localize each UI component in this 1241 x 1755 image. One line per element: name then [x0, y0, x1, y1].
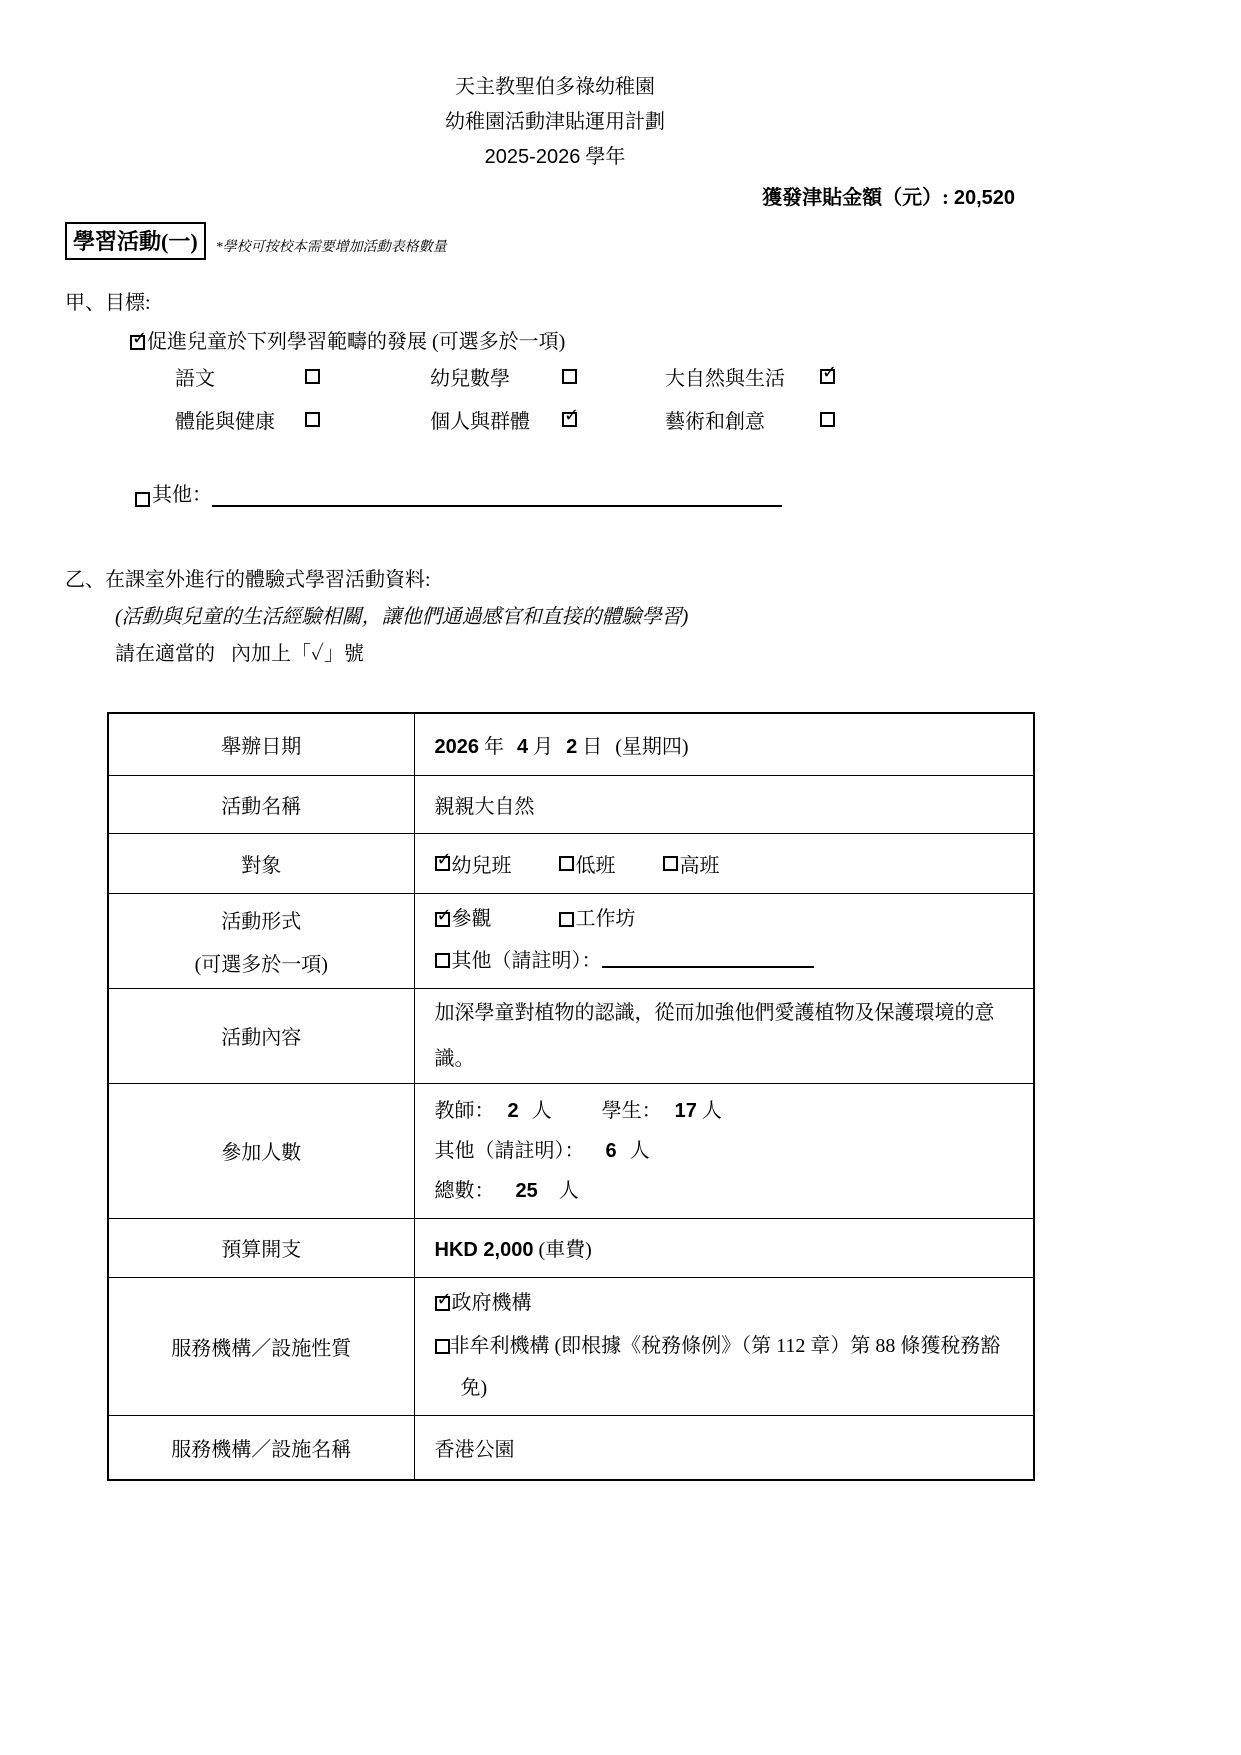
participants-value: 教師： 2 人 學生： 17 人 其他（請註明）： 6 人 總數：	[414, 1083, 1034, 1218]
budget-value: HKD 2,000 (車費)	[414, 1218, 1034, 1277]
table-row-participants: 參加人數 教師： 2 人 學生： 17 人 其他（請註明）： 6 人	[108, 1083, 1034, 1218]
format-other-label: 其他（請註明）：	[452, 941, 602, 981]
student-label: 學生：	[602, 1100, 662, 1122]
target-option-upper: 高班	[663, 849, 720, 878]
target-label: 對象	[108, 833, 414, 893]
date-year: 2026	[435, 736, 480, 758]
activity-name-label: 活動名稱	[108, 775, 414, 833]
table-row-target: 對象 幼兒班 低班 高班	[108, 833, 1034, 893]
participants-label: 參加人數	[108, 1083, 414, 1218]
school-year-suffix: 學年	[585, 146, 625, 168]
format-option-workshop: 工作坊	[559, 899, 636, 939]
format-visit-checkbox[interactable]	[435, 912, 450, 927]
target-option-infant: 幼兒班	[435, 849, 512, 878]
date-value: 2026 年 4 月 2 日 (星期四)	[414, 713, 1034, 775]
domain-personal-label: 個人與群體	[430, 405, 530, 434]
org-nature-option-nonprofit: 非牟利機構 (即根據《稅務條例》（第 112 章）第 88 條獲稅務豁免)	[435, 1325, 1020, 1409]
content-label: 活動內容	[108, 988, 414, 1083]
table-row-content: 活動內容 加深學童對植物的認識，從而加強他們愛護植物及保護環境的意識。	[108, 988, 1034, 1083]
domain-nature-label: 大自然與生活	[665, 362, 785, 391]
section-box-label: 學習活動(一)	[65, 222, 206, 260]
target-infant-checkbox[interactable]	[435, 856, 450, 871]
domain-language-label: 語文	[175, 362, 215, 391]
domain-physical-checkbox[interactable]	[305, 412, 320, 427]
subsidy-label: 獲發津貼金額（元）:	[762, 187, 949, 209]
total-count: 25	[516, 1180, 538, 1202]
participants-other-label: 其他（請註明）：	[435, 1140, 585, 1162]
org-name-value: 香港公園	[414, 1415, 1034, 1480]
domain-math: 幼兒數學	[430, 362, 665, 391]
domain-nature-checkbox[interactable]	[820, 369, 835, 384]
section-header: 學習活動(一) *學校可按校本需要增加活動表格數量	[65, 222, 1141, 260]
main-objective-option: 促進兒童於下列學習範疇的發展 (可選多於一項)	[130, 325, 1141, 354]
domain-physical: 體能與健康	[175, 405, 430, 434]
org-nature-label: 服務機構／設施性質	[108, 1277, 414, 1415]
format-label-note: (可選多於一項)	[109, 948, 414, 977]
budget-label: 預算開支	[108, 1218, 414, 1277]
content-value: 加深學童對植物的認識，從而加強他們愛護植物及保護環境的意識。	[435, 990, 1020, 1082]
total-unit: 人	[559, 1180, 579, 1202]
budget-note: (車費)	[538, 1239, 591, 1261]
teacher-count: 2	[508, 1100, 519, 1122]
target-upper-checkbox[interactable]	[663, 856, 678, 871]
domain-nature: 大自然與生活	[665, 362, 925, 391]
format-workshop-checkbox[interactable]	[559, 912, 574, 927]
date-weekday: (星期四)	[615, 736, 688, 758]
other-objective-fill-line[interactable]	[212, 483, 782, 507]
participants-other-unit: 人	[630, 1140, 650, 1162]
format-label: 活動形式	[109, 905, 414, 934]
other-objective-option: 其他：	[135, 478, 1141, 507]
total-label: 總數：	[435, 1180, 495, 1202]
government-label: 政府機構	[452, 1283, 532, 1323]
org-name-label: 服務機構／設施名稱	[108, 1415, 414, 1480]
activity-table: 舉辦日期 2026 年 4 月 2 日 (星期四) 活動名稱 親親大自然 對象	[107, 712, 1035, 1481]
other-objective-checkbox[interactable]	[135, 492, 150, 507]
instruction-suffix: 內加上「✓」號	[231, 637, 364, 666]
target-lower-checkbox[interactable]	[559, 856, 574, 871]
school-name: 天主教聖伯多祿幼稚園	[65, 70, 1045, 105]
org-nature-option-government: 政府機構	[435, 1283, 532, 1323]
domain-arts-checkbox[interactable]	[820, 412, 835, 427]
target-option-lower: 低班	[559, 849, 616, 878]
main-objective-label: 促進兒童於下列學習範疇的發展 (可選多於一項)	[147, 331, 565, 353]
subsidy-line: 獲發津貼金額（元）: 20,520	[65, 181, 1141, 210]
domain-personal: 個人與群體	[430, 405, 665, 434]
subsidy-amount: 20,520	[954, 187, 1015, 209]
date-month: 4	[517, 736, 528, 758]
school-year-line: 2025-2026 學年	[65, 140, 1045, 175]
nonprofit-checkbox[interactable]	[435, 1339, 450, 1354]
participants-other-count: 6	[606, 1140, 617, 1162]
table-row-format: 活動形式 (可選多於一項) 參觀 工作坊 其他（請註明）：	[108, 893, 1034, 988]
format-other-checkbox[interactable]	[435, 953, 450, 968]
school-year: 2025-2026	[485, 146, 581, 168]
section-note: *學校可按校本需要增加活動表格數量	[216, 236, 447, 260]
government-checkbox[interactable]	[435, 1296, 450, 1311]
domain-language: 語文	[175, 362, 430, 391]
main-objective-checkbox[interactable]	[130, 335, 145, 350]
domain-physical-label: 體能與健康	[175, 405, 275, 434]
format-option-other: 其他（請註明）：	[435, 941, 602, 981]
learning-domain-grid: 語文 幼兒數學 大自然與生活 體能與健康 個人與群體 藝術和創意	[175, 362, 1141, 434]
date-day: 2	[566, 736, 577, 758]
student-unit: 人	[702, 1100, 722, 1122]
domain-language-checkbox[interactable]	[305, 369, 320, 384]
table-row-date: 舉辦日期 2026 年 4 月 2 日 (星期四)	[108, 713, 1034, 775]
part-b-instruction: 請在適當的 內加上「✓」號	[115, 637, 1141, 666]
domain-math-label: 幼兒數學	[430, 362, 510, 391]
plan-title: 幼稚園活動津貼運用計劃	[65, 105, 1045, 140]
part-b-note: (活動與兒童的生活經驗相關，讓他們通過感官和直接的體驗學習)	[115, 600, 1141, 629]
student-count: 17	[675, 1100, 697, 1122]
format-visit-label: 參觀	[452, 899, 492, 939]
format-option-visit: 參觀	[435, 899, 492, 939]
part-a-heading: 甲、目標:	[65, 286, 1141, 315]
nonprofit-label: 非牟利機構 (即根據《稅務條例》（第 112 章）第 88 條獲稅務豁免)	[450, 1335, 1001, 1399]
target-infant-label: 幼兒班	[452, 849, 512, 878]
table-row-budget: 預算開支 HKD 2,000 (車費)	[108, 1218, 1034, 1277]
date-year-unit: 年	[484, 736, 504, 758]
title-block: 天主教聖伯多祿幼稚園 幼稚園活動津貼運用計劃 2025-2026 學年	[65, 70, 1045, 175]
date-day-unit: 日	[582, 736, 602, 758]
part-b-heading: 乙、在課室外進行的體驗式學習活動資料:	[65, 563, 1141, 592]
domain-personal-checkbox[interactable]	[562, 412, 577, 427]
target-upper-label: 高班	[680, 849, 720, 878]
org-nature-value: 政府機構 非牟利機構 (即根據《稅務條例》（第 112 章）第 88 條獲稅務豁…	[414, 1277, 1034, 1415]
format-workshop-label: 工作坊	[576, 899, 636, 939]
budget-amount: HKD 2,000	[435, 1239, 534, 1261]
teacher-label: 教師：	[435, 1100, 495, 1122]
domain-arts: 藝術和創意	[665, 405, 925, 434]
date-label: 舉辦日期	[108, 713, 414, 775]
table-row-activity-name: 活動名稱 親親大自然	[108, 775, 1034, 833]
target-lower-label: 低班	[576, 849, 616, 878]
table-row-org-name: 服務機構／設施名稱 香港公園	[108, 1415, 1034, 1480]
instruction-prefix: 請在適當的	[115, 637, 215, 666]
date-month-unit: 月	[533, 736, 553, 758]
format-value: 參觀 工作坊 其他（請註明）：	[414, 893, 1034, 988]
format-other-fill-line[interactable]	[602, 944, 814, 968]
other-objective-label: 其他：	[152, 478, 212, 507]
target-value: 幼兒班 低班 高班	[414, 833, 1034, 893]
domain-arts-label: 藝術和創意	[665, 405, 765, 434]
teacher-unit: 人	[532, 1100, 552, 1122]
domain-math-checkbox[interactable]	[562, 369, 577, 384]
activity-name-value: 親親大自然	[414, 775, 1034, 833]
document-page: 天主教聖伯多祿幼稚園 幼稚園活動津貼運用計劃 2025-2026 學年 獲發津貼…	[0, 0, 1241, 1755]
format-label-cell: 活動形式 (可選多於一項)	[108, 893, 414, 988]
table-row-org-nature: 服務機構／設施性質 政府機構 非牟利機構 (即根據《稅務條例》（第 112 章）…	[108, 1277, 1034, 1415]
